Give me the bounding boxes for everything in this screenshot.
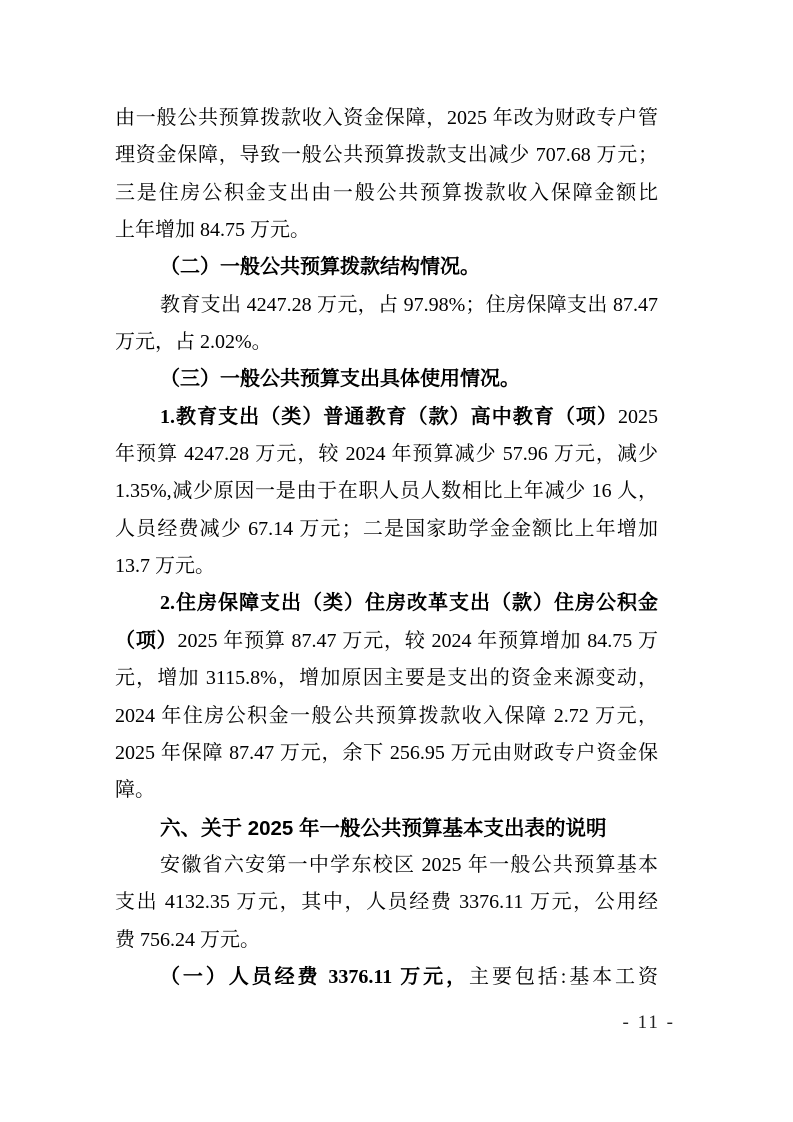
para-decrease-reasons-line-2: 理资金保障，导致一般公共预算拨款支出减少 707.68 万元； — [115, 137, 658, 174]
para-basic-expenditure-line-3: 费 756.24 万元。 — [115, 922, 658, 959]
text-segment: 主要包括:基本工资 — [469, 966, 658, 988]
text-segment: 13.7 万元。 — [115, 555, 215, 577]
text-segment: 人员经费减少 67.14 万元；二是国家助学金金额比上年增加 — [115, 518, 658, 540]
text-segment: 2024 年住房公积金一般公共预算拨款收入保障 2.72 万元， — [115, 705, 658, 727]
heading-section-2-line-1: （二）一般公共预算拨款结构情况。 — [115, 249, 658, 286]
para-education-expenditure-line-4: 人员经费减少 67.14 万元；二是国家助学金金额比上年增加 — [115, 511, 658, 548]
heading-section-6-line-1: 六、关于 2025 年一般公共预算基本支出表的说明 — [115, 810, 658, 847]
para-education-expenditure-line-2: 年预算 4247.28 万元，较 2024 年预算减少 57.96 万元，减少 — [115, 436, 658, 473]
text-segment: 年预算 4247.28 万元，较 2024 年预算减少 57.96 万元，减少 — [115, 443, 658, 465]
text-segment: 费 756.24 万元。 — [115, 929, 260, 951]
para-housing-expenditure-line-3: 元，增加 3115.8%，增加原因主要是支出的资金来源变动， — [115, 660, 658, 697]
text-segment: 1.35%,减少原因一是由于在职人员人数相比上年减少 16 人， — [115, 480, 658, 502]
text-segment: 安徽省六安第一中学东校区 2025 年一般公共预算基本 — [160, 854, 658, 876]
text-segment: 障。 — [115, 779, 155, 801]
para-education-expenditure-line-5: 13.7 万元。 — [115, 548, 658, 585]
text-segment: （项） — [115, 630, 177, 652]
text-segment: 六、关于 2025 年一般公共预算基本支出表的说明 — [160, 817, 607, 840]
text-segment: 2025 年预算 87.47 万元，较 2024 年预算增加 84.75 万 — [177, 630, 658, 652]
para-housing-expenditure-line-4: 2024 年住房公积金一般公共预算拨款收入保障 2.72 万元， — [115, 698, 658, 735]
para-housing-expenditure-line-6: 障。 — [115, 772, 658, 809]
para-allocation-structure-line-2: 万元，占 2.02%。 — [115, 324, 658, 361]
text-segment: 2.住房保障支出（类）住房改革支出（款）住房公积金 — [160, 592, 658, 614]
para-basic-expenditure-line-1: 安徽省六安第一中学东校区 2025 年一般公共预算基本 — [115, 847, 658, 884]
text-segment: 万元，占 2.02%。 — [115, 331, 272, 353]
para-housing-expenditure-line-1: 2.住房保障支出（类）住房改革支出（款）住房公积金 — [115, 585, 658, 622]
para-housing-expenditure-line-2: （项）2025 年预算 87.47 万元，较 2024 年预算增加 84.75 … — [115, 623, 658, 660]
text-segment: 2025 年保障 87.47 万元，余下 256.95 万元由财政专户资金保 — [115, 742, 658, 764]
text-segment: 由一般公共预算拨款收入资金保障，2025 年改为财政专户管 — [115, 107, 658, 129]
text-segment: 2025 — [618, 406, 658, 428]
heading-section-3-line-1: （三）一般公共预算支出具体使用情况。 — [115, 361, 658, 398]
document-page: 由一般公共预算拨款收入资金保障，2025 年改为财政专户管理资金保障，导致一般公… — [0, 0, 793, 1122]
text-segment: 元，增加 3115.8%，增加原因主要是支出的资金来源变动， — [115, 667, 658, 689]
text-segment: 支出 4132.35 万元，其中，人员经费 3376.11 万元，公用经 — [115, 891, 658, 913]
page-number: - 11 - — [623, 1012, 675, 1034]
para-basic-expenditure-line-2: 支出 4132.35 万元，其中，人员经费 3376.11 万元，公用经 — [115, 884, 658, 921]
text-segment: （一）人员经费 3376.11 万元， — [160, 966, 469, 988]
text-segment: 三是住房公积金支出由一般公共预算拨款收入保障金额比 — [115, 182, 658, 204]
para-allocation-structure-line-1: 教育支出 4247.28 万元，占 97.98%；住房保障支出 87.47 — [115, 287, 658, 324]
para-decrease-reasons-line-4: 上年增加 84.75 万元。 — [115, 212, 658, 249]
text-segment: （二）一般公共预算拨款结构情况。 — [160, 256, 480, 278]
para-decrease-reasons-line-1: 由一般公共预算拨款收入资金保障，2025 年改为财政专户管 — [115, 100, 658, 137]
para-decrease-reasons-line-3: 三是住房公积金支出由一般公共预算拨款收入保障金额比 — [115, 175, 658, 212]
para-housing-expenditure-line-5: 2025 年保障 87.47 万元，余下 256.95 万元由财政专户资金保 — [115, 735, 658, 772]
document-body: 由一般公共预算拨款收入资金保障，2025 年改为财政专户管理资金保障，导致一般公… — [115, 100, 658, 996]
text-segment: 上年增加 84.75 万元。 — [115, 219, 310, 241]
text-segment: 教育支出 4247.28 万元，占 97.98%；住房保障支出 87.47 — [160, 294, 658, 316]
para-personnel-funds-line-1: （一）人员经费 3376.11 万元，主要包括:基本工资 — [115, 959, 658, 996]
text-segment: 理资金保障，导致一般公共预算拨款支出减少 707.68 万元； — [115, 144, 658, 166]
text-segment: 1.教育支出（类）普通教育（款）高中教育（项） — [160, 406, 618, 428]
text-segment: （三）一般公共预算支出具体使用情况。 — [160, 368, 520, 390]
para-education-expenditure-line-3: 1.35%,减少原因一是由于在职人员人数相比上年减少 16 人， — [115, 473, 658, 510]
para-education-expenditure-line-1: 1.教育支出（类）普通教育（款）高中教育（项）2025 — [115, 399, 658, 436]
